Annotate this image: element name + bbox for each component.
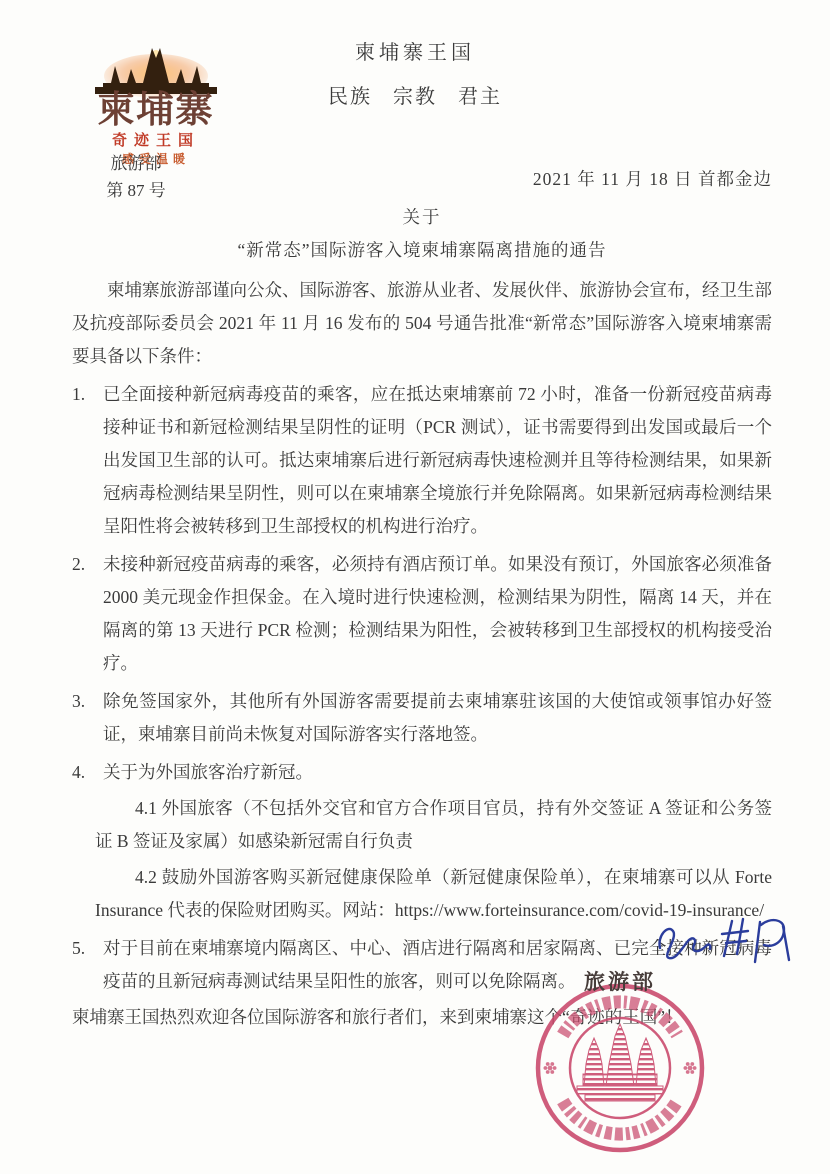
logo-slogan-kingdom-of-wonder: 奇迹王国: [72, 134, 240, 149]
official-stamp: 旅游部: [495, 960, 745, 1174]
list-item-4-text: 关于为外国旅客治疗新冠。: [103, 762, 313, 782]
sub-item-4-1: 4.1 外国旅客（不包括外交官和官方合作项目官员，持有外交签证 A 签证和公务签…: [95, 792, 772, 858]
document-title-line2: “新常态”国际游客入境柬埔寨隔离措施的通告: [72, 234, 772, 267]
list-item-1-text: 已全面接种新冠病毒疫苗的乘客，应在抵达柬埔寨前 72 小时，准备一份新冠疫苗病毒…: [103, 384, 772, 536]
letterhead-country: 柬埔寨王国: [0, 36, 830, 65]
list-item-3-number: 3.: [72, 685, 85, 718]
list-item-2: 2. 未接种新冠疫苗病毒的乘客，必须持有酒店预订单。如果没有预订，外国旅客必须准…: [72, 548, 772, 680]
document-body: 关于 “新常态”国际游客入境柬埔寨隔离措施的通告 柬埔寨旅游部谨向公众、国际游客…: [72, 201, 772, 1034]
list-item-4: 4. 关于为外国旅客治疗新冠。: [72, 756, 772, 789]
list-item-2-text: 未接种新冠疫苗病毒的乘客，必须持有酒店预订单。如果没有预订，外国旅客必须准备 2…: [103, 554, 772, 673]
document-title-line1: 关于: [72, 201, 772, 234]
date-place: 2021 年 11 月 18 日 首都金边: [533, 166, 772, 191]
list-item-1-number: 1.: [72, 378, 85, 411]
list-item-4-number: 4.: [72, 756, 85, 789]
stamp-ministry-label: 旅游部: [495, 966, 745, 996]
list-item-3: 3. 除免签国家外，其他所有外国游客需要提前去柬埔寨驻该国的大使馆或领事馆办好签…: [72, 685, 772, 751]
list-item-1: 1. 已全面接种新冠病毒疫苗的乘客，应在抵达柬埔寨前 72 小时，准备一份新冠疫…: [72, 378, 772, 543]
document-page: 柬埔寨 奇迹王国 感受温暖 柬埔寨王国 民族 宗教 君主 旅游部 第 87 号 …: [0, 0, 830, 1174]
list-item-5-number: 5.: [72, 932, 85, 965]
issuing-ministry-block: 旅游部 第 87 号: [88, 150, 184, 204]
ministry-seal-icon: [495, 978, 745, 1174]
letterhead-motto: 民族 宗教 君主: [0, 80, 830, 109]
list-item-3-text: 除免签国家外，其他所有外国游客需要提前去柬埔寨驻该国的大使馆或领事馆办好签证，柬…: [103, 691, 772, 744]
issuing-ministry: 旅游部: [88, 150, 184, 177]
list-item-2-number: 2.: [72, 548, 85, 581]
document-number: 第 87 号: [88, 177, 184, 204]
intro-paragraph: 柬埔寨旅游部谨向公众、国际游客、旅游从业者、发展伙伴、旅游协会宣布，经卫生部及抗…: [72, 274, 772, 373]
